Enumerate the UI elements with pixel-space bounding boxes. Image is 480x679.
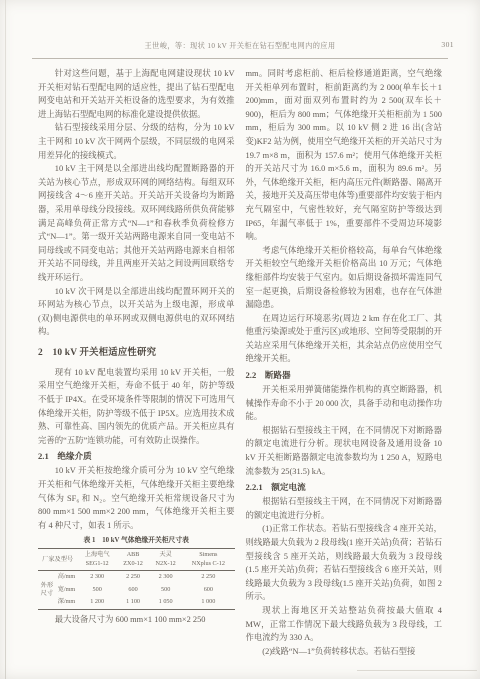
model-name: ZX0-12 (118, 560, 148, 569)
table-col-header: 天灵 N2X-12 (149, 549, 182, 571)
left-column: 针对这些问题，基于上海配电网建设现状 10 kV 开关柜对钻石型配电网的适应性，… (38, 67, 235, 658)
table-row: 深/mm 1 200 1 100 1 050 1 000 (38, 596, 235, 609)
header-rule (32, 58, 448, 59)
model-name: SEG1-12 (78, 560, 116, 569)
page-number: 301 (441, 40, 454, 49)
section-heading-2: 2 10 kV 开关柜适应性研究 (38, 347, 235, 359)
cell: 2 250 (182, 571, 234, 584)
cell: 600 (182, 584, 234, 597)
maker-name: 上海电气 (78, 551, 116, 560)
table-col-header: ABB ZX0-12 (117, 549, 149, 571)
maker-name: 天灵 (150, 551, 181, 560)
paragraph: (2)线路“N—1”负荷转移状态。若钻石型接 (246, 645, 443, 659)
row-label: 宽/mm (56, 584, 78, 597)
paragraph: 现有 10 kV 配电装置均采用 10 kV 开关柜，一般采用空气绝缘开关柜，寿… (38, 366, 235, 448)
group-label-line: 尺寸 (39, 590, 55, 598)
cell: 600 (117, 584, 149, 597)
group-label-line: 外形 (39, 582, 55, 590)
paragraph: 根据钻石型接线主干网，在不同情况下对断路器的额定电流进行分析。 (246, 495, 443, 522)
maker-name: ABB (118, 551, 148, 560)
paragraph: 针对这些问题，基于上海配电网建设现状 10 kV 开关柜对钻石型配电网的适应性，… (38, 67, 235, 121)
table-caption: 表 1 10 kV 气体绝缘开关柜尺寸表 (38, 536, 235, 545)
paragraph: 10 kV 主干网是以全部进出线均配置断路器的开关站为核心节点，形成双环网的网络… (38, 162, 235, 284)
paragraph: (1)正常工作状态。若钻石型接线含 4 座开关站，则线路最大负载为 2 段母线(… (246, 522, 443, 604)
paragraph: 根据钻石型接线主干网，在不同情况下对断路器的额定电流进行分析。现状电网设备及通用… (246, 424, 443, 478)
table-col-header: Simens NXplus C-12 (182, 549, 234, 571)
table-col-header: 上海电气 SEG1-12 (77, 549, 117, 571)
cell: 2 300 (149, 571, 182, 584)
table-row: 宽/mm 500 600 500 600 (38, 584, 235, 597)
dimension-group-label: 外形 尺寸 (38, 571, 56, 610)
cell: 1 100 (117, 596, 149, 609)
table-row: 外形 尺寸 高/mm 2 300 2 250 2 300 2 250 (38, 571, 235, 584)
page-header: 王世峻，等：现状 10 kV 开关柜在钻石型配电网内的应用 301 (38, 40, 442, 54)
paragraph: 10 kV 次干网是以全部进出线均配置环网开关的环网站为核心节点，以开关站为上级… (38, 285, 235, 339)
paragraph: 最大设备尺寸为 600 mm×1 100 mm×2 250 (38, 613, 235, 627)
paragraph: mm。同时考虑柜前、柜后检修通道距离，空气绝缘开关柜单列布置时，柜前距离约为 2… (246, 67, 443, 244)
paragraph: 在周边运行环境恶劣(周边 2 km 存在化工厂、其他重污染源或处于重污区)或地形… (246, 312, 443, 366)
row-label: 高/mm (56, 571, 78, 584)
subsubsection-heading-2-2-1: 2.2.1 额定电流 (246, 481, 443, 493)
table-header-row: 厂家及型号 上海电气 SEG1-12 ABB ZX0-12 天灵 (38, 549, 235, 571)
cell: 2 300 (77, 571, 117, 584)
paragraph: 10 kV 开关柜按绝缘介质可分为 10 kV 空气绝缘开关柜和气体绝缘开关柜，… (38, 464, 235, 532)
model-name: NXplus C-12 (183, 560, 233, 569)
page-content: 王世峻，等：现状 10 kV 开关柜在钻石型配电网内的应用 301 针对这些问题… (38, 40, 442, 658)
row-label: 深/mm (56, 596, 78, 609)
cell: 2 250 (117, 571, 149, 584)
running-title: 王世峻，等：现状 10 kV 开关柜在钻石型配电网内的应用 (38, 41, 442, 51)
two-column-body: 针对这些问题，基于上海配电网建设现状 10 kV 开关柜对钻石型配电网的适应性，… (38, 67, 442, 658)
cell: 500 (77, 584, 117, 597)
cell: 500 (149, 584, 182, 597)
subsection-heading-2-1: 2.1 绝缘介质 (38, 450, 235, 462)
right-column: mm。同时考虑柜前、柜后检修通道距离，空气绝缘开关柜单列布置时，柜前距离约为 2… (246, 67, 443, 658)
journal-page: 王世峻，等：现状 10 kV 开关柜在钻石型配电网内的应用 301 针对这些问题… (0, 0, 480, 679)
paragraph: 开关柜采用弹簧储能操作机构的真空断路器，机械操作寿命不小于 20 000 次，具… (246, 383, 443, 424)
paragraph: 考虑气体绝缘开关柜价格较高，每单台气体绝缘开关柜较空气绝缘开关柜价格高出 10 … (246, 244, 443, 312)
model-name: N2X-12 (150, 560, 181, 569)
cell: 1 050 (149, 596, 182, 609)
paragraph: 现状上海地区开关站整站负荷按最大值取 4 MW，正常工作情况下最大线路负载为 3… (246, 604, 443, 645)
cell: 1 200 (77, 596, 117, 609)
paragraph: 钻石型接线采用分层、分级的结构，分为 10 kV 主干网和 10 kV 次干网两… (38, 121, 235, 162)
maker-name: Simens (183, 551, 233, 560)
switchgear-size-table: 厂家及型号 上海电气 SEG1-12 ABB ZX0-12 天灵 (38, 548, 235, 610)
subsection-heading-2-2: 2.2 断路器 (246, 369, 443, 381)
table-corner-header: 厂家及型号 (38, 549, 77, 571)
cell: 1 000 (182, 596, 234, 609)
